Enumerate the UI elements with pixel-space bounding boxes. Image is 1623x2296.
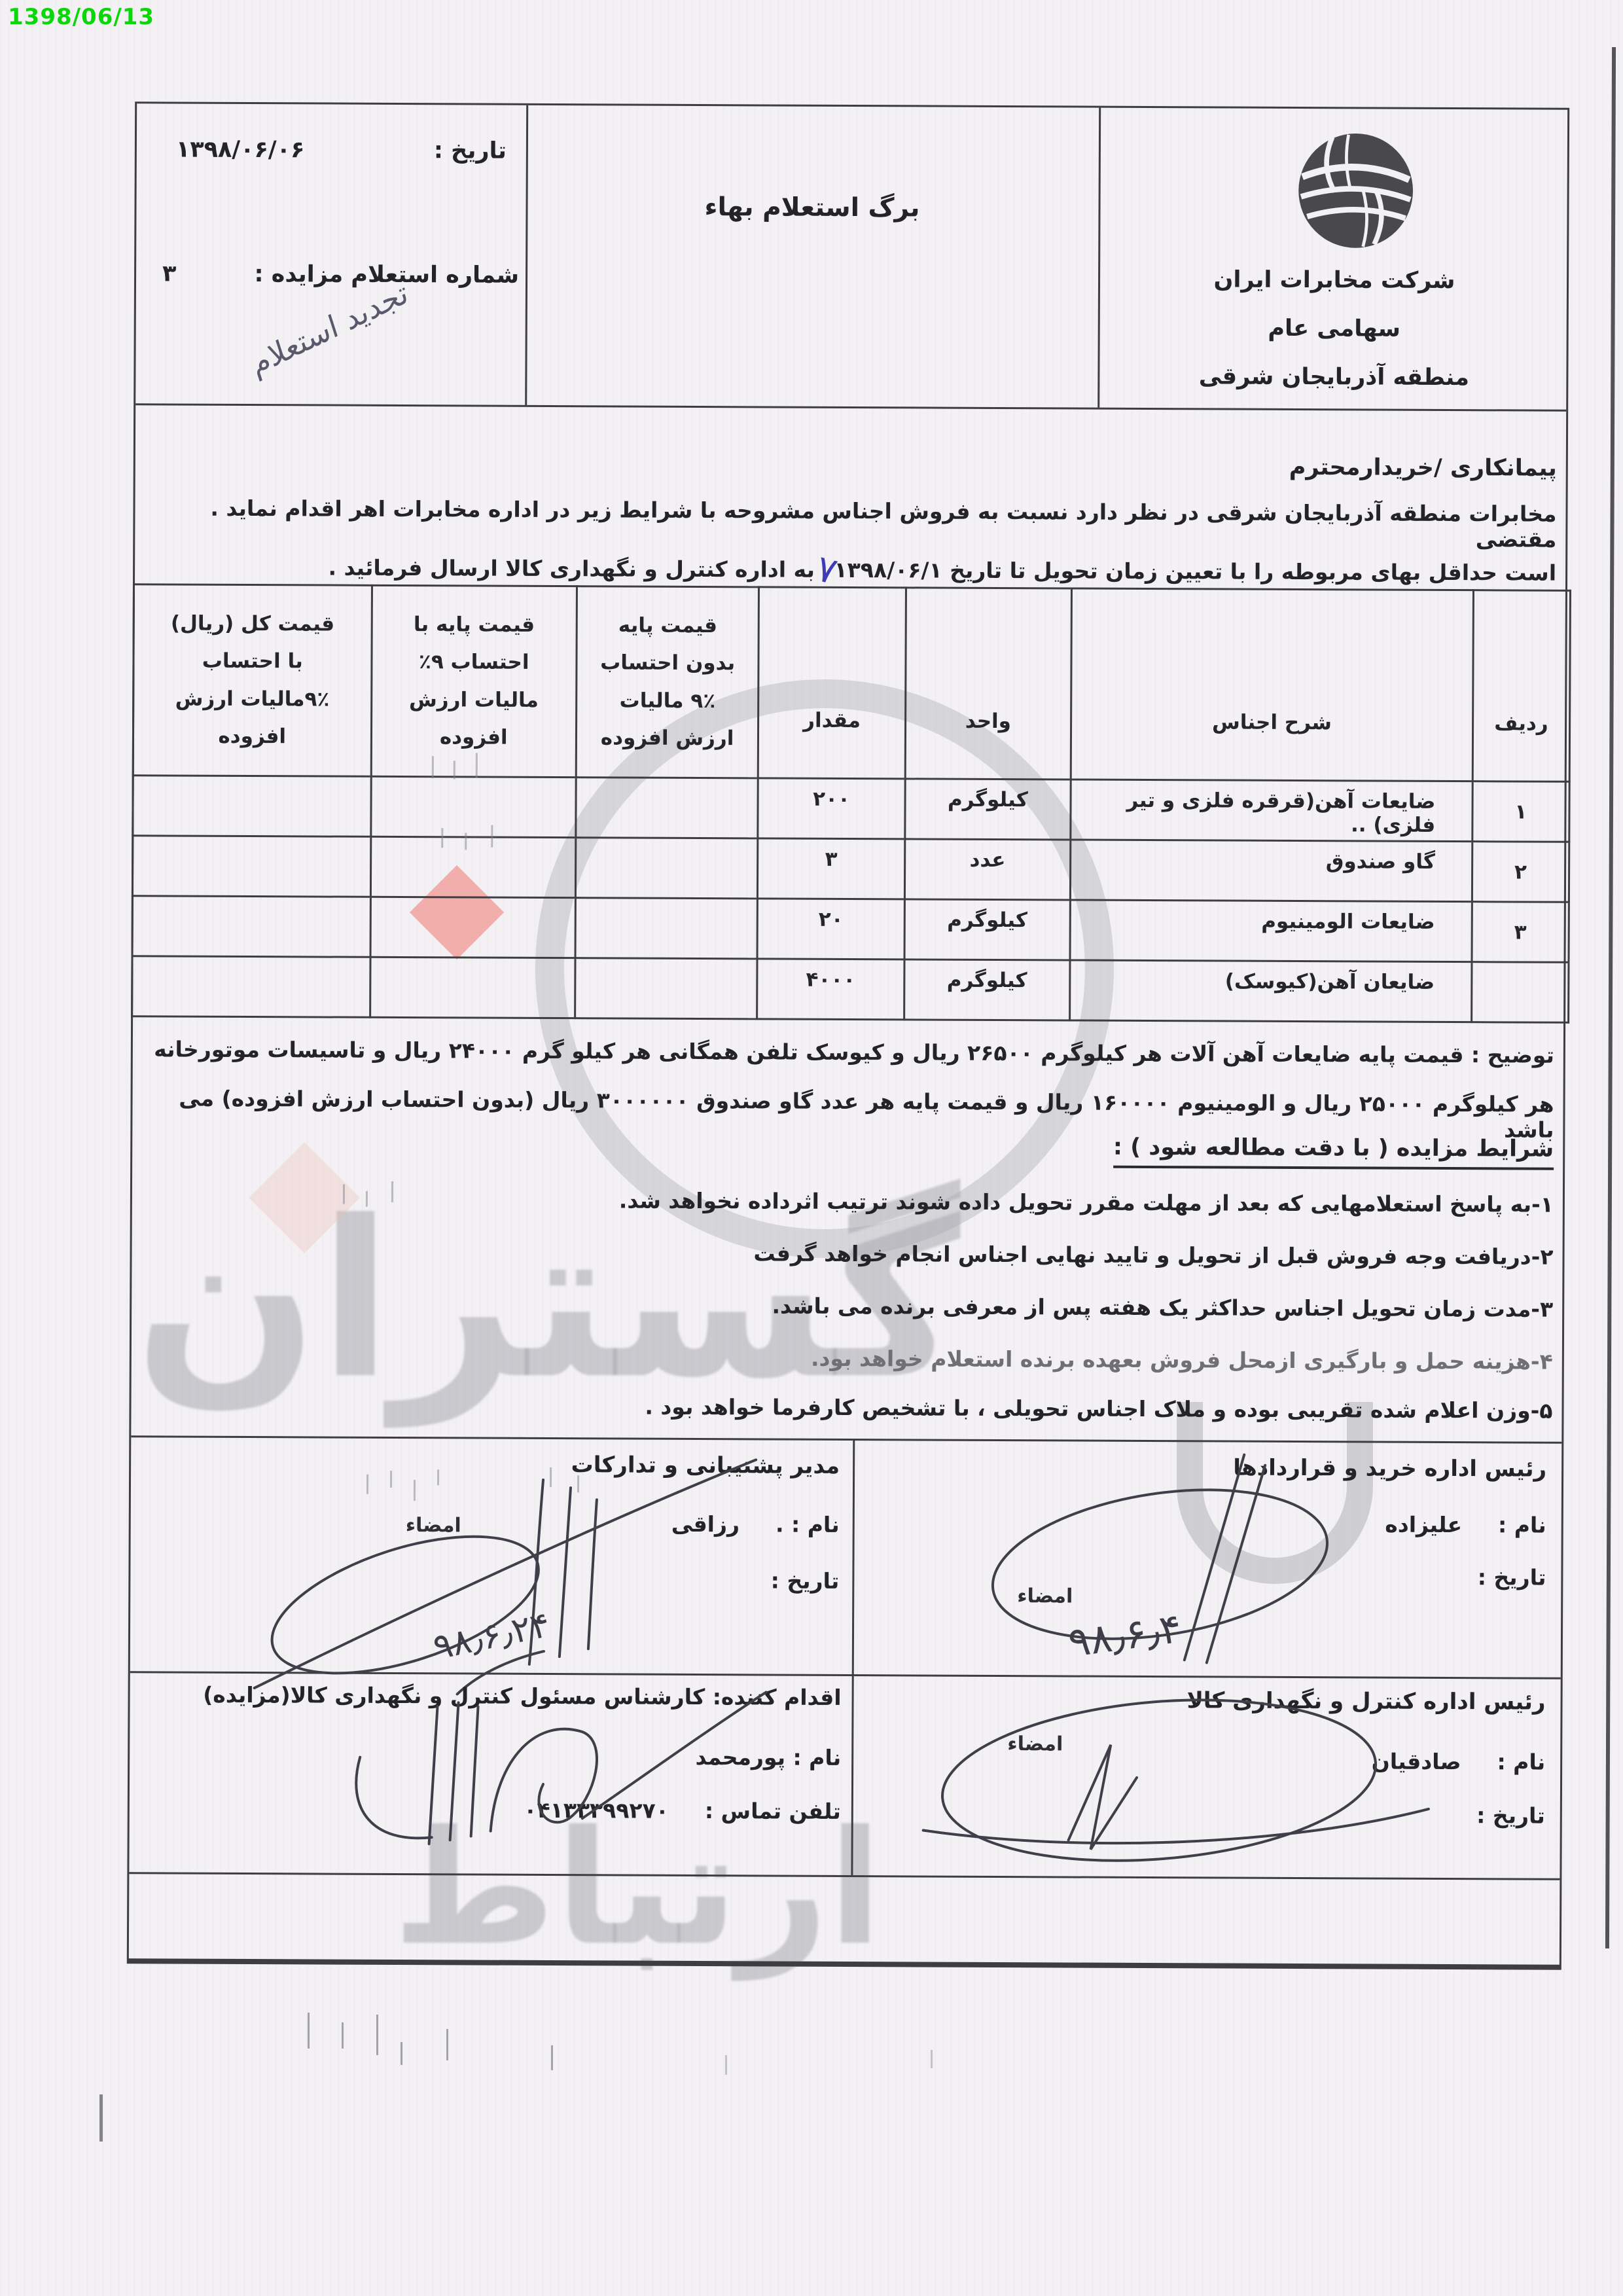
col-header-quantity: مقدار bbox=[758, 587, 906, 779]
intro-line-2: است حداقل بهای مربوطه را با تعیین زمان ت… bbox=[144, 541, 1556, 589]
row-number: ۱ bbox=[1472, 781, 1570, 842]
table-row: ضایعان آهن(کیوسک) کیلوگرم ۴۰۰۰ bbox=[132, 956, 1569, 1023]
date-value: ۱۳۹۸/۰۶/۰۶ bbox=[176, 137, 305, 164]
col-header-base-price-no-vat: قیمت پایه بدون احتساب ۹٪ مالیات ارزش افز… bbox=[576, 586, 759, 778]
form-title: برگ استعلام بهاء bbox=[526, 192, 1098, 224]
row-number: ۲ bbox=[1472, 842, 1569, 903]
table-row: ۱ ضایعات آهن(قرقره فلزی و تیر فلزی) .. ک… bbox=[133, 776, 1569, 842]
goods-unit: کیلوگرم bbox=[904, 899, 1071, 960]
company-region: منطقه آذربایجان شرقی bbox=[1097, 352, 1570, 403]
row-number: ۳ bbox=[1472, 902, 1569, 963]
inquiry-number-row: شماره استعلام مزایده : ۳ bbox=[162, 260, 519, 288]
price-cell-empty bbox=[132, 896, 370, 958]
inquiry-form: تاریخ : ۱۳۹۸/۰۶/۰۶ شماره استعلام مزایده … bbox=[127, 101, 1569, 1970]
col-header-unit: واحد bbox=[905, 588, 1072, 780]
goods-unit: کیلوگرم bbox=[904, 960, 1070, 1020]
price-cell-empty bbox=[370, 776, 576, 837]
intro-salutation: پیمانکاری /خریدارمحترم bbox=[1289, 454, 1557, 482]
price-cell-empty bbox=[370, 957, 575, 1018]
header-divider-line bbox=[135, 403, 1566, 412]
intro-deadline-date: ۱۳۹۸/۰۶/۱ bbox=[834, 557, 942, 583]
handwritten-signature bbox=[176, 1439, 806, 1697]
goods-unit: کیلوگرم bbox=[904, 779, 1071, 840]
tci-logo-icon bbox=[1293, 128, 1418, 253]
goods-quantity: ۴۰۰۰ bbox=[757, 959, 904, 1020]
signer-date-row: تاریخ : bbox=[1476, 1803, 1545, 1828]
scan-timestamp: 1398/06/13 bbox=[8, 4, 154, 30]
table-header-row: ردیف شرح اجناس واحد مقدار قیمت پایه بدون… bbox=[133, 584, 1570, 782]
col-header-description: شرح اجناس bbox=[1071, 588, 1473, 781]
company-name-block: شرکت مخابرات ایران سهامی عام منطقه آذربا… bbox=[1097, 255, 1571, 403]
row-number bbox=[1471, 962, 1569, 1023]
company-type: سهامی عام bbox=[1098, 304, 1571, 354]
signer-date-row: تاریخ : bbox=[1478, 1564, 1546, 1590]
signature-block-purchasing: رئیس اداره خرید و قراردادها نام :علیزاده… bbox=[852, 1439, 1564, 1677]
col-header-total-price-vat: قیمت کل (ریال) با احتساب ۹٪مالیات ارزش ا… bbox=[133, 584, 372, 777]
goods-description: ضایعات الومینیوم bbox=[1070, 900, 1472, 962]
goods-description: ضایعات آهن(قرقره فلزی و تیر فلزی) .. bbox=[1071, 780, 1472, 842]
signature-block-agent: اقدام کننده: کارشناس مسئول کنترل و نگهدا… bbox=[129, 1671, 851, 1875]
goods-unit: عدد bbox=[904, 839, 1071, 900]
signature-block-support: مدیر پشتیبانی و تدارکات نام : .رزاقی تار… bbox=[130, 1435, 853, 1674]
price-cell-empty bbox=[575, 898, 758, 959]
price-cell-empty bbox=[370, 897, 576, 958]
name-label: نام : bbox=[1497, 1749, 1545, 1774]
handwritten-renewal-note: تجدید استعلام bbox=[247, 274, 412, 383]
company-name: شرکت مخابرات ایران bbox=[1098, 255, 1571, 306]
price-cell-empty bbox=[370, 836, 576, 897]
name-label: نام : bbox=[1498, 1512, 1546, 1537]
form-date-row: تاریخ : ۱۳۹۸/۰۶/۰۶ bbox=[176, 137, 507, 164]
price-note-line-2: هر کیلوگرم ۲۵۰۰۰ ریال و الومینیوم ۱۶۰۰۰۰… bbox=[141, 1085, 1554, 1142]
price-note-line-1: توضیح : قیمت پایه ضایعات آهن آلات هر کیل… bbox=[142, 1036, 1554, 1067]
goods-table: ردیف شرح اجناس واحد مقدار قیمت پایه بدون… bbox=[131, 583, 1571, 1024]
price-cell-empty bbox=[133, 776, 371, 837]
intro-line-2-end: به اداره کنترل و نگهداری کالا ارسال فرما… bbox=[328, 555, 822, 583]
goods-quantity: ۳ bbox=[758, 838, 905, 899]
inquiry-number-value: ۳ bbox=[162, 260, 177, 287]
col-header-row-number: ردیف bbox=[1472, 590, 1570, 782]
price-cell-empty bbox=[576, 778, 758, 838]
conditions-heading: شرایط مزایده ( با دقت مطالعه شود ) : bbox=[1113, 1134, 1554, 1170]
date-label: تاریخ : bbox=[434, 137, 507, 164]
col-header-base-price-vat: قیمت پایه با احتساب ۹٪ مالیات ارزش افزود… bbox=[371, 585, 577, 777]
auction-condition-1: ۱-به پاسخ استعلامهایی که بعد از مهلت مقر… bbox=[619, 1187, 1554, 1217]
price-cell-empty bbox=[575, 958, 758, 1019]
scan-edge-band bbox=[1605, 47, 1616, 1948]
price-cell-empty bbox=[132, 956, 370, 1018]
header-vertical-line-1 bbox=[525, 105, 528, 405]
goods-description: ضایعان آهن(کیوسک) bbox=[1070, 960, 1472, 1022]
handwritten-signature bbox=[240, 1678, 777, 1864]
goods-description: گاو صندوق bbox=[1070, 840, 1472, 902]
table-row: ۲ گاو صندوق عدد ۳ bbox=[132, 836, 1569, 903]
signature-block-control: رئیس اداره کنترل و نگهداری کالا نام :صاد… bbox=[851, 1674, 1562, 1878]
price-cell-empty bbox=[132, 836, 370, 897]
scanned-inquiry-form-page: 1398/06/13 گستران ارتباط تاریخ : ۱۳۹۸/۰۶… bbox=[0, 0, 1623, 2296]
goods-quantity: ۲۰ bbox=[757, 899, 904, 960]
intro-line-2-start: است حداقل بهای مربوطه را با تعیین زمان ت… bbox=[942, 558, 1557, 586]
price-cell-empty bbox=[575, 838, 758, 899]
auction-condition-4: ۴-هزینه حمل و بارگیری ازمحل فروش بعهده ب… bbox=[811, 1346, 1553, 1374]
auction-condition-2: ۲-دریافت وجه فروش قبل از تحویل و تایید ن… bbox=[753, 1240, 1553, 1269]
goods-quantity: ۲۰۰ bbox=[758, 778, 905, 839]
auction-condition-3: ۳-مدت زمان تحویل اجناس حداکثر یک هفته پس… bbox=[772, 1293, 1553, 1321]
table-row: ۳ ضایعات الومینیوم کیلوگرم ۲۰ bbox=[132, 896, 1569, 963]
auction-condition-5: ۵-وزن اعلام شده تقریبی بوده و ملاک اجناس… bbox=[645, 1394, 1552, 1424]
handwritten-signature bbox=[870, 1687, 1447, 1873]
